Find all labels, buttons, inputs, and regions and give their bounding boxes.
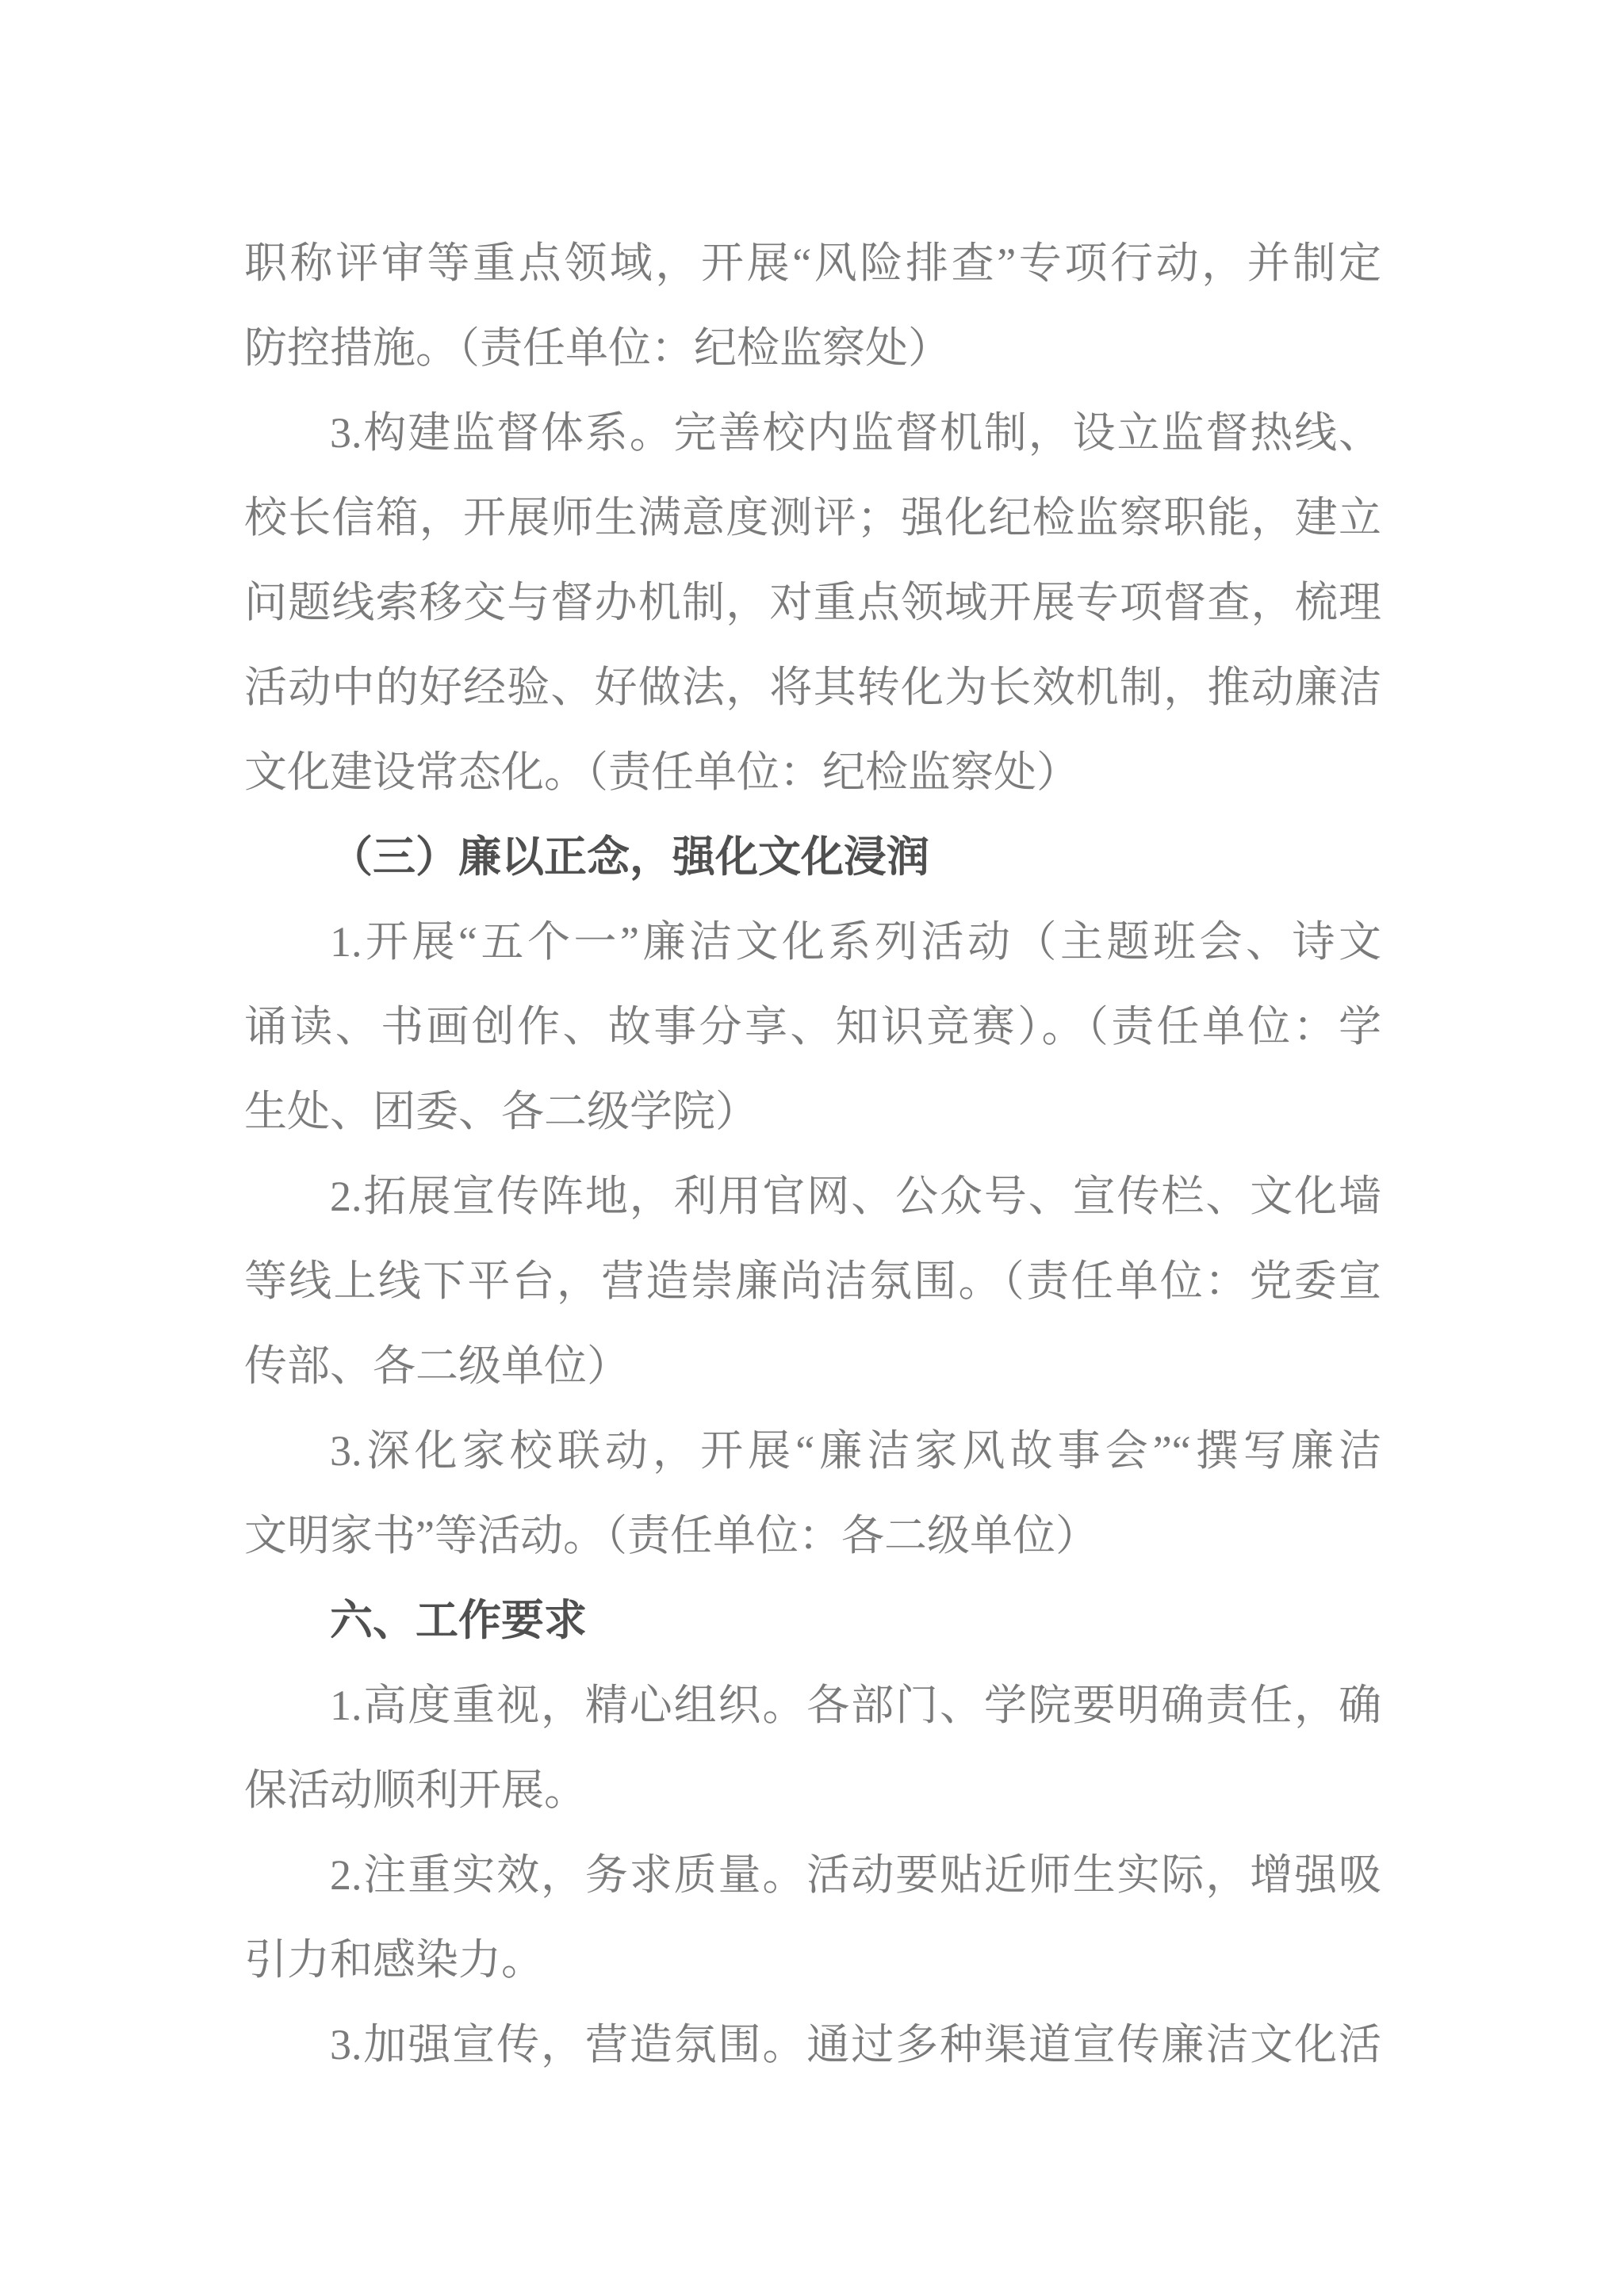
text-line: 保活动顺利开展。 (244, 1748, 1381, 1833)
text-line: 传部、各二级单位） (244, 1324, 1381, 1409)
document-page: 职称评审等重点领域，开展“风险排查”专项行动，并制定 防控措施。（责任单位：纪检… (0, 0, 1624, 2296)
text-line: 2.注重实效，务求质量。活动要贴近师生实际，增强吸 (244, 1833, 1381, 1918)
section-heading: 六、工作要求 (244, 1578, 1381, 1663)
document-text-block: 职称评审等重点领域，开展“风险排查”专项行动，并制定 防控措施。（责任单位：纪检… (244, 221, 1381, 2087)
section-heading: （三）廉以正念，强化文化浸润 (244, 815, 1381, 900)
text-line: 3.加强宣传，营造氛围。通过多种渠道宣传廉洁文化活 (244, 2003, 1381, 2087)
text-line: 3.构建监督体系。完善校内监督机制，设立监督热线、 (244, 391, 1381, 476)
text-line: 2.拓展宣传阵地，利用官网、公众号、宣传栏、文化墙 (244, 1154, 1381, 1239)
text-line: 防控措施。（责任单位：纪检监察处） (244, 306, 1381, 391)
text-line: 生处、团委、各二级学院） (244, 1070, 1381, 1154)
text-line: 诵读、书画创作、故事分享、知识竞赛）。（责任单位：学 (244, 985, 1381, 1070)
text-line: 活动中的好经验、好做法，将其转化为长效机制，推动廉洁 (244, 645, 1381, 730)
text-line: 引力和感染力。 (244, 1918, 1381, 2003)
text-line: 3.深化家校联动，开展“廉洁家风故事会”“撰写廉洁 (244, 1409, 1381, 1494)
text-line: 职称评审等重点领域，开展“风险排查”专项行动，并制定 (244, 221, 1381, 306)
text-line: 等线上线下平台，营造崇廉尚洁氛围。（责任单位：党委宣 (244, 1239, 1381, 1324)
text-line: 校长信箱，开展师生满意度测评；强化纪检监察职能，建立 (244, 476, 1381, 561)
text-line: 文明家书”等活动。（责任单位：各二级单位） (244, 1494, 1381, 1578)
text-line: 问题线索移交与督办机制，对重点领域开展专项督查，梳理 (244, 561, 1381, 645)
text-line: 1.高度重视，精心组织。各部门、学院要明确责任，确 (244, 1663, 1381, 1748)
text-line: 1.开展“五个一”廉洁文化系列活动（主题班会、诗文 (244, 900, 1381, 985)
text-line: 文化建设常态化。（责任单位：纪检监察处） (244, 730, 1381, 815)
